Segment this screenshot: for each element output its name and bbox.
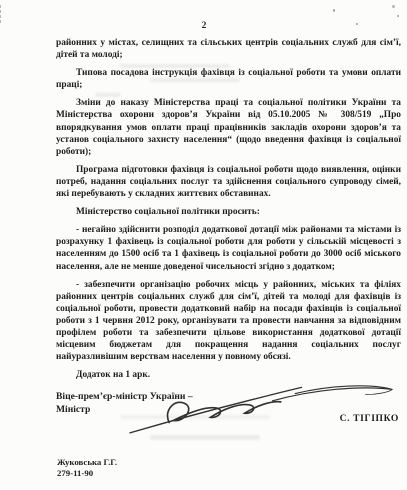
- scanned-document-page: 2 районних у містах, селищних та сільськ…: [0, 0, 407, 490]
- document-body: районних у містах, селищних та сільських…: [56, 37, 401, 437]
- signer-name: С. ТІГІПКО: [340, 413, 399, 425]
- handwritten-signature-icon: [114, 375, 400, 437]
- body-paragraph: Зміни до наказу Міністерства праці та со…: [56, 97, 401, 157]
- body-paragraph: Типова посадова інструкція фахівця із со…: [56, 67, 401, 91]
- signature-block: Віце-прем’єр-міністр України – Міністр С…: [56, 391, 401, 437]
- body-paragraph: Програма підготовки фахівця із соціально…: [56, 164, 401, 200]
- body-paragraph: районних у містах, селищних та сільських…: [56, 37, 401, 61]
- scan-edge-artifact: [0, 5, 3, 23]
- scan-speck: [356, 23, 358, 25]
- page-number: 2: [196, 21, 212, 31]
- executor-footer: Жуковська Г.Г. 279-11-90: [57, 457, 117, 479]
- executor-phone: 279-11-90: [57, 468, 117, 479]
- scan-speck: [333, 9, 335, 12]
- scan-speck: [392, 5, 395, 8]
- body-paragraph-action-item: - забезпечити організацію робочих місць …: [56, 279, 401, 364]
- body-paragraph-action-item: - негайно здійснити розподіл додаткової …: [56, 224, 401, 272]
- body-paragraph: Міністерство соціальної політики просить…: [56, 206, 401, 218]
- scan-speck: [397, 15, 399, 17]
- executor-name: Жуковська Г.Г.: [57, 457, 117, 468]
